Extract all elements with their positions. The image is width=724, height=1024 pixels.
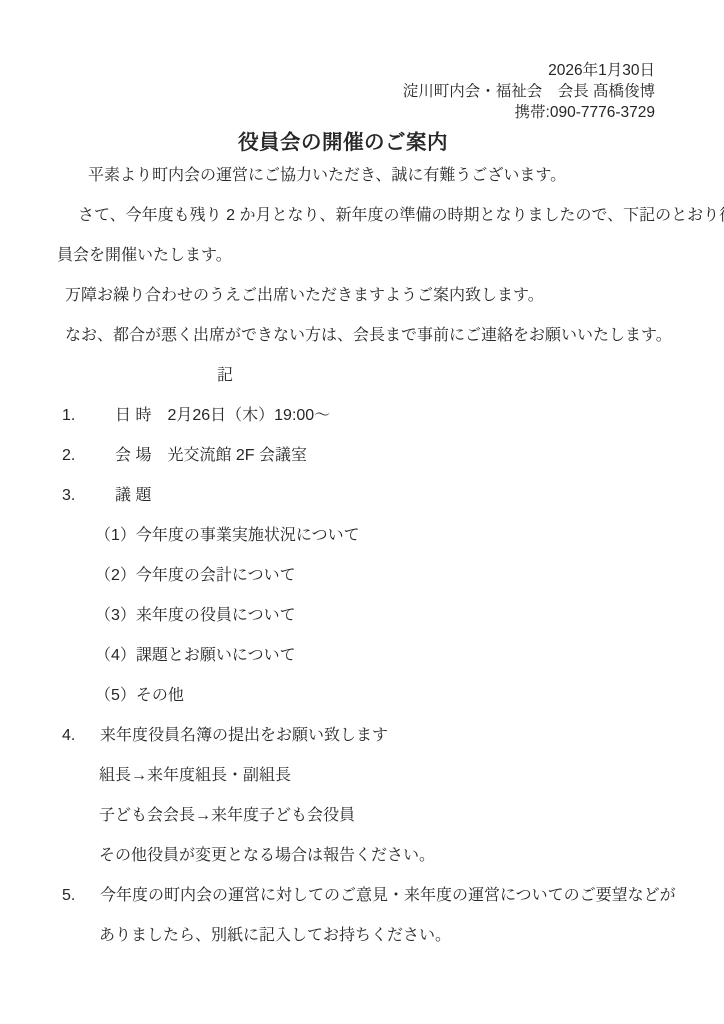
agenda-item-2: （2）今年度の会計について bbox=[95, 556, 724, 596]
item-5-continuation: ありましたら、別紙に記入してお持ちください。 bbox=[99, 916, 724, 956]
agenda-item-3: （3）来年度の役員について bbox=[95, 596, 724, 636]
item-4-number: 4. bbox=[62, 716, 100, 756]
paragraph-greeting: 平素より町内会の運営にご協力いただき、誠に有難うございます。 bbox=[88, 156, 724, 196]
item-1-number: 1. bbox=[62, 396, 100, 436]
item-3-text: 議 題 bbox=[100, 476, 151, 516]
item-1-text: 日 時 2月26日（木）19:00～ bbox=[100, 396, 330, 436]
item-3-number: 3. bbox=[62, 476, 100, 516]
item-5-number: 5. bbox=[62, 876, 100, 916]
item-2-text: 会 場 光交流館 2F 会議室 bbox=[100, 436, 307, 476]
paragraph-intro-line2: 員会を開催いたします。 bbox=[57, 236, 724, 276]
paragraph-intro-line1: さて、今年度も残り 2 か月となり、新年度の準備の時期となりましたので、下記のと… bbox=[78, 196, 724, 236]
paragraph-note: なお、都合が悪く出席ができない方は、会長まで事前にご連絡をお願いいたします。 bbox=[65, 316, 724, 356]
organization-line: 淀川町内会・福祉会 会長 髙橋俊博 bbox=[0, 81, 655, 102]
item-4-subline-2: 子ども会会長→来年度子ども会役員 bbox=[99, 796, 724, 836]
item-4-subline-1: 組長→来年度組長・副組長 bbox=[99, 756, 724, 796]
document-header: 2026年1月30日 淀川町内会・福祉会 会長 髙橋俊博 携帯:090-7776… bbox=[0, 0, 724, 123]
list-item-5: 5. 今年度の町内会の運営に対してのご意見・来年度の運営についてのご要望などが bbox=[62, 876, 724, 916]
date-line: 2026年1月30日 bbox=[0, 60, 655, 81]
agenda-item-1: （1）今年度の事業実施状況について bbox=[95, 516, 724, 556]
list-item-4: 4. 来年度役員名簿の提出をお願い致します bbox=[62, 716, 724, 756]
item-2-number: 2. bbox=[62, 436, 100, 476]
item-5-text: 今年度の町内会の運営に対してのご意見・来年度の運営についてのご要望などが bbox=[100, 876, 676, 916]
list-item-3: 3. 議 題 bbox=[62, 476, 724, 516]
agenda-item-5: （5）その他 bbox=[95, 676, 724, 716]
agenda-item-4: （4）課題とお願いについて bbox=[95, 636, 724, 676]
item-4-text: 来年度役員名簿の提出をお願い致します bbox=[100, 716, 388, 756]
paragraph-request: 万障お繰り合わせのうえご出席いただきますようご案内致します。 bbox=[65, 276, 724, 316]
phone-line: 携帯:090-7776-3729 bbox=[0, 102, 655, 123]
list-item-2: 2. 会 場 光交流館 2F 会議室 bbox=[62, 436, 724, 476]
list-item-1: 1. 日 時 2月26日（木）19:00～ bbox=[62, 396, 724, 436]
item-4-subline-3: その他役員が変更となる場合は報告ください。 bbox=[99, 836, 724, 876]
document-body: 平素より町内会の運営にご協力いただき、誠に有難うございます。 さて、今年度も残り… bbox=[0, 156, 724, 956]
page-title: 役員会の開催のご案内 bbox=[0, 123, 724, 156]
document-page: 2026年1月30日 淀川町内会・福祉会 会長 髙橋俊博 携帯:090-7776… bbox=[0, 0, 724, 1024]
ki-marker: 記 bbox=[217, 356, 724, 396]
